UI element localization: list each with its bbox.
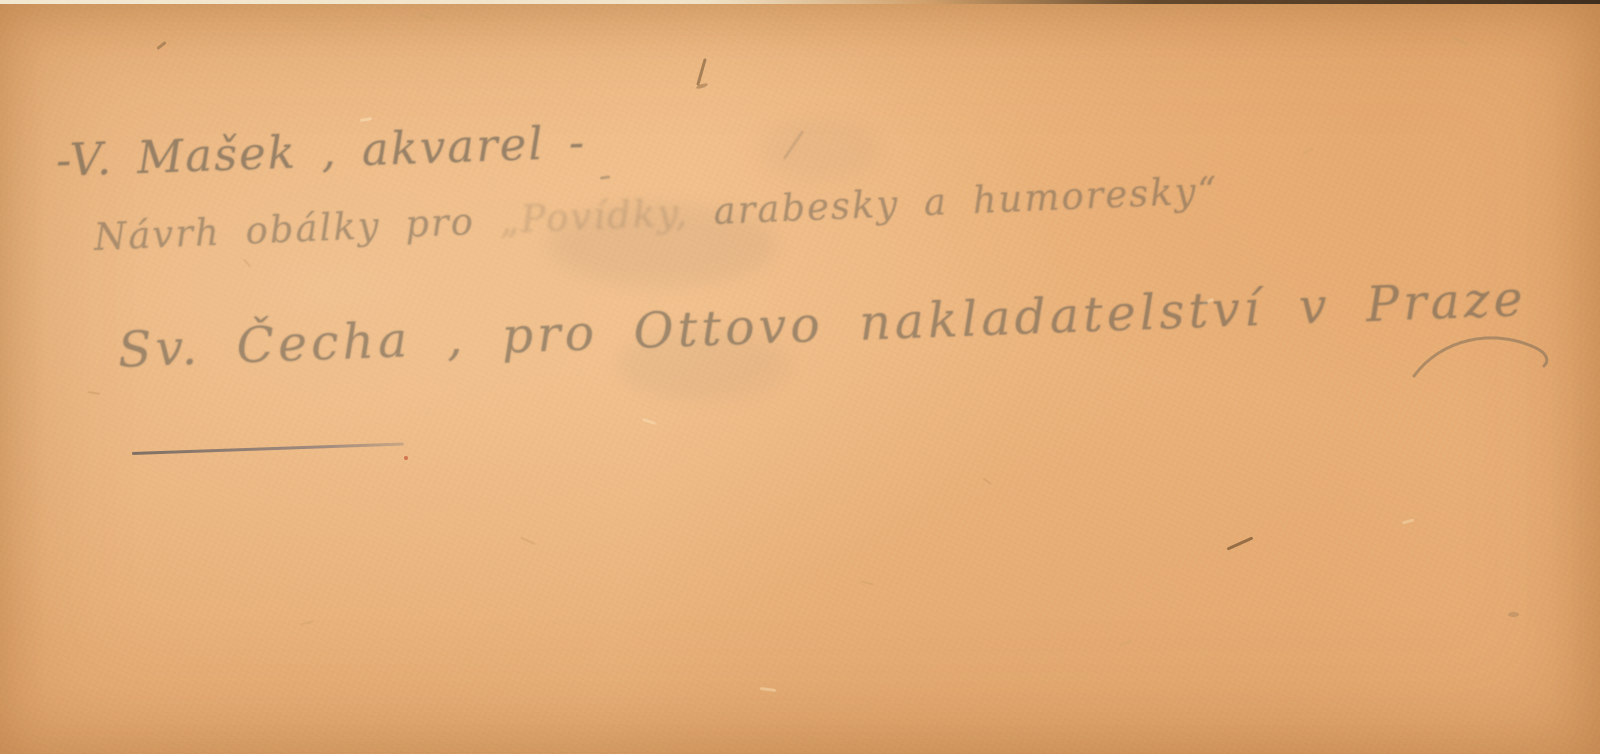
- paper-fiber: [1402, 518, 1414, 524]
- paper-fiber: [360, 117, 372, 122]
- stray-pencil-dash: [600, 175, 610, 179]
- line2-text-start: Návrh obálky pro: [93, 199, 500, 259]
- line3-author-name: Sv. Čecha: [117, 311, 412, 379]
- line2-text-end: arabesky a humoresky“: [688, 169, 1219, 234]
- paper-fiber: [982, 477, 991, 485]
- pencil-underline-stroke: [132, 443, 404, 455]
- paper-fiber: [420, 14, 434, 21]
- paper-fiber: [156, 41, 167, 50]
- photograph-of-handwritten-note: -V. Mašek , akvarel - Návrh obálky pro „…: [0, 0, 1600, 754]
- handwriting-line-1: -V. Mašek , akvarel -: [55, 116, 587, 187]
- paper-fiber: [1508, 612, 1519, 617]
- paper-fiber: [860, 580, 874, 585]
- paper-fiber: [1227, 536, 1254, 550]
- paper-fiber: [1302, 147, 1313, 155]
- paper-fiber: [243, 259, 251, 268]
- paper-fiber: [642, 418, 656, 425]
- paper-fiber: [760, 687, 776, 692]
- paper-fiber: [696, 58, 707, 86]
- handwriting-line-3: Sv. Čecha , pro Ottovo nakladatelství v …: [117, 270, 1528, 379]
- paper-fiber: [1120, 640, 1132, 646]
- pencil-flourish-stroke: [1408, 318, 1558, 398]
- paper-fiber: [520, 537, 535, 545]
- paper-fiber: [300, 620, 314, 625]
- line1-text: -V. Mašek , akvarel -: [55, 116, 587, 187]
- pencil-smudge: [760, 120, 880, 180]
- red-speck: [404, 456, 408, 460]
- line2-smudged-word: „Povídky,: [499, 191, 690, 242]
- cardboard-paper-background: -V. Mašek , akvarel - Návrh obálky pro „…: [0, 0, 1600, 754]
- line3-text-rest: , pro Ottovo nakladatelství v Praze: [410, 270, 1527, 368]
- paper-fiber: [1452, 36, 1467, 45]
- paper-top-edge: [0, 0, 1600, 4]
- paper-fiber: [88, 391, 100, 395]
